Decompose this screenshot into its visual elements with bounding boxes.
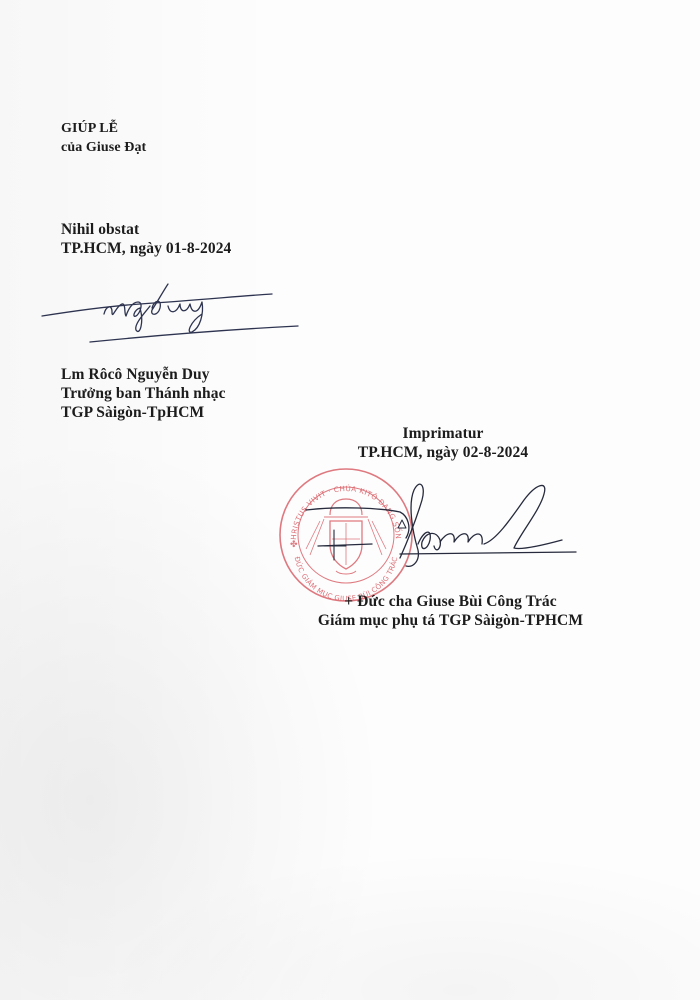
bishop-role: Giám mục phụ tá TGP Sàigòn-TPHCM [287,611,614,630]
nihil-obstat-label: Nihil obstat [61,220,231,239]
censor-role: Trưởng ban Thánh nhạc [61,384,226,403]
bishop-name: + Đức cha Giuse Bùi Công Trác [287,592,614,611]
censor-block: Lm Rôcô Nguyễn Duy Trưởng ban Thánh nhạc… [61,365,226,422]
imprimatur-date: TP.HCM, ngày 02-8-2024 [340,443,546,462]
bishop-block: + Đức cha Giuse Bùi Công Trác Giám mục p… [287,592,614,630]
document-author: của Giuse Đạt [61,138,146,157]
document-title: GIÚP LỄ [61,119,146,138]
bishop-signature-icon [300,470,590,590]
title-block: GIÚP LỄ của Giuse Đạt [61,119,146,157]
imprimatur-block: Imprimatur TP.HCM, ngày 02-8-2024 [340,424,546,462]
svg-text:✤: ✤ [290,540,298,550]
nihil-obstat-block: Nihil obstat TP.HCM, ngày 01-8-2024 [61,220,231,258]
censor-name: Lm Rôcô Nguyễn Duy [61,365,226,384]
censor-signature-icon [40,270,300,350]
censor-org: TGP Sàigòn-TpHCM [61,403,226,422]
nihil-obstat-date: TP.HCM, ngày 01-8-2024 [61,239,231,258]
imprimatur-label: Imprimatur [340,424,546,443]
